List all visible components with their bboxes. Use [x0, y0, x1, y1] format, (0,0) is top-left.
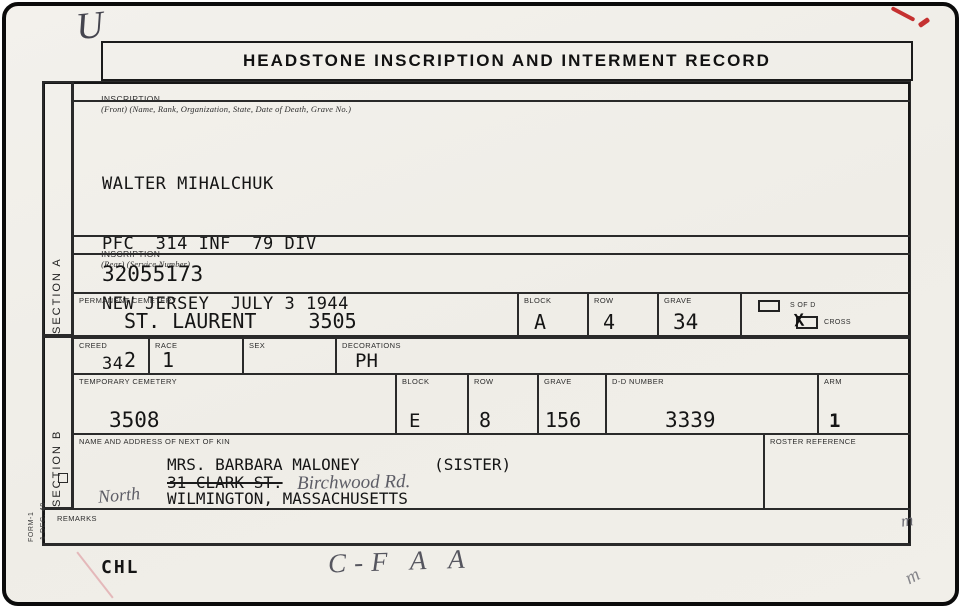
creed-cell: CREED 2: [73, 336, 149, 374]
race-cell: RACE 1: [149, 336, 243, 374]
title-box: HEADSTONE INSCRIPTION AND INTERMENT RECO…: [101, 41, 913, 81]
pencil-squiggle: m: [900, 510, 915, 532]
inscription-front-cell: WALTER MIHALCHUK PFC 314 INF 79 DIV NEW …: [73, 101, 911, 236]
perm-row-value: 4: [603, 310, 615, 334]
perm-block-cell: BLOCK A: [518, 293, 588, 336]
decorations-value: PH: [355, 350, 378, 372]
red-pen-mark: [891, 6, 916, 22]
form-edition-date: 1 DEC. 48: [40, 452, 47, 540]
scanned-record-card: U HEADSTONE INSCRIPTION AND INTERMENT RE…: [0, 0, 961, 608]
inscription-front-label-row: INSCRIPTION (Front) (Name, Rank, Organiz…: [73, 81, 911, 101]
form-title: HEADSTONE INSCRIPTION AND INTERMENT RECO…: [243, 51, 771, 71]
pencil-squiggle: m: [902, 564, 924, 590]
form-edition-text: FORM-1: [28, 444, 35, 542]
creed-value: 2: [124, 348, 136, 372]
dd-number-cell: D-D NUMBER 3339: [606, 374, 818, 434]
section-a-label: SECTION A: [51, 83, 63, 334]
temp-row-label: ROW: [474, 377, 494, 386]
s-of-d-label: S OF D: [790, 302, 816, 309]
permanent-cemetery-cell: PERMANENT CEMETERY ST. LAURENT 3505: [73, 293, 518, 336]
temporary-cemetery-label: TEMPORARY CEMETERY: [79, 377, 177, 386]
cross-label: CROSS: [824, 319, 851, 326]
inscription-rear-label-row: INSCRIPTION (Rear) (Service Number): [73, 236, 911, 254]
dd-number-value: 3339: [665, 408, 716, 432]
kin-city-prefix-handwritten: North: [97, 483, 141, 508]
bottom-handwriting: C-F A A: [328, 543, 474, 579]
roster-reference-label: ROSTER REFERENCE: [770, 437, 856, 446]
s-of-d-checkbox: [758, 300, 780, 312]
decorations-cell: DECORATIONS PH: [336, 336, 911, 374]
next-of-kin-label: NAME AND ADDRESS OF NEXT OF KIN: [79, 437, 230, 446]
scan-paper: U HEADSTONE INSCRIPTION AND INTERMENT RE…: [2, 2, 959, 606]
service-number-value: 32055173: [102, 262, 203, 286]
temp-grave-value: 156: [545, 408, 581, 432]
temporary-cemetery-value: 3508: [109, 408, 160, 432]
permanent-cemetery-label: PERMANENT CEMETERY: [79, 296, 177, 305]
perm-block-value: A: [534, 310, 546, 334]
race-value: 1: [162, 348, 174, 372]
arm-cell: ARM 1: [818, 374, 911, 434]
bottom-code: CHL: [101, 557, 140, 578]
perm-grave-value: 34: [673, 310, 698, 334]
cross-x-mark: X: [793, 313, 804, 331]
temp-row-value: 8: [479, 408, 491, 432]
temp-block-value: E: [409, 410, 420, 432]
remarks-label: REMARKS: [57, 514, 97, 523]
temp-block-label: BLOCK: [402, 377, 429, 386]
arm-label: ARM: [824, 377, 842, 386]
perm-grave-label: GRAVE: [664, 296, 692, 305]
sex-cell: SEX: [243, 336, 336, 374]
marker-type-cell: S OF D X CROSS: [741, 293, 911, 336]
temporary-cemetery-cell: TEMPORARY CEMETERY 3508: [73, 374, 396, 434]
red-pen-mark: [918, 17, 931, 28]
permanent-cemetery-name: ST. LAURENT: [124, 309, 256, 333]
edition-checkbox: [58, 473, 68, 483]
perm-block-label: BLOCK: [524, 296, 551, 305]
inscription-line-1: WALTER MIHALCHUK: [102, 174, 349, 194]
decorations-label: DECORATIONS: [342, 341, 401, 350]
perm-row-label: ROW: [594, 296, 614, 305]
temp-grave-cell: GRAVE 156: [538, 374, 606, 434]
temp-block-cell: BLOCK E: [396, 374, 468, 434]
remarks-cell: REMARKS: [42, 509, 911, 546]
permanent-cemetery-number: 3505: [308, 309, 356, 333]
kin-city: WILMINGTON, MASSACHUSETTS: [167, 489, 408, 508]
arm-value: 1: [829, 410, 840, 432]
creed-label: CREED: [79, 341, 107, 350]
roster-reference-cell: ROSTER REFERENCE: [764, 434, 911, 509]
kin-relation: (SISTER): [434, 455, 511, 474]
service-number-cell: 32055173: [73, 254, 911, 293]
section-a-column: SECTION A: [42, 81, 73, 336]
next-of-kin-cell: NAME AND ADDRESS OF NEXT OF KIN MRS. BAR…: [73, 434, 764, 509]
perm-row-cell: ROW 4: [588, 293, 658, 336]
perm-grave-cell: GRAVE 34: [658, 293, 741, 336]
temp-grave-label: GRAVE: [544, 377, 572, 386]
dd-number-label: D-D NUMBER: [612, 377, 664, 386]
sex-label: SEX: [249, 341, 265, 350]
temp-row-cell: ROW 8: [468, 374, 538, 434]
